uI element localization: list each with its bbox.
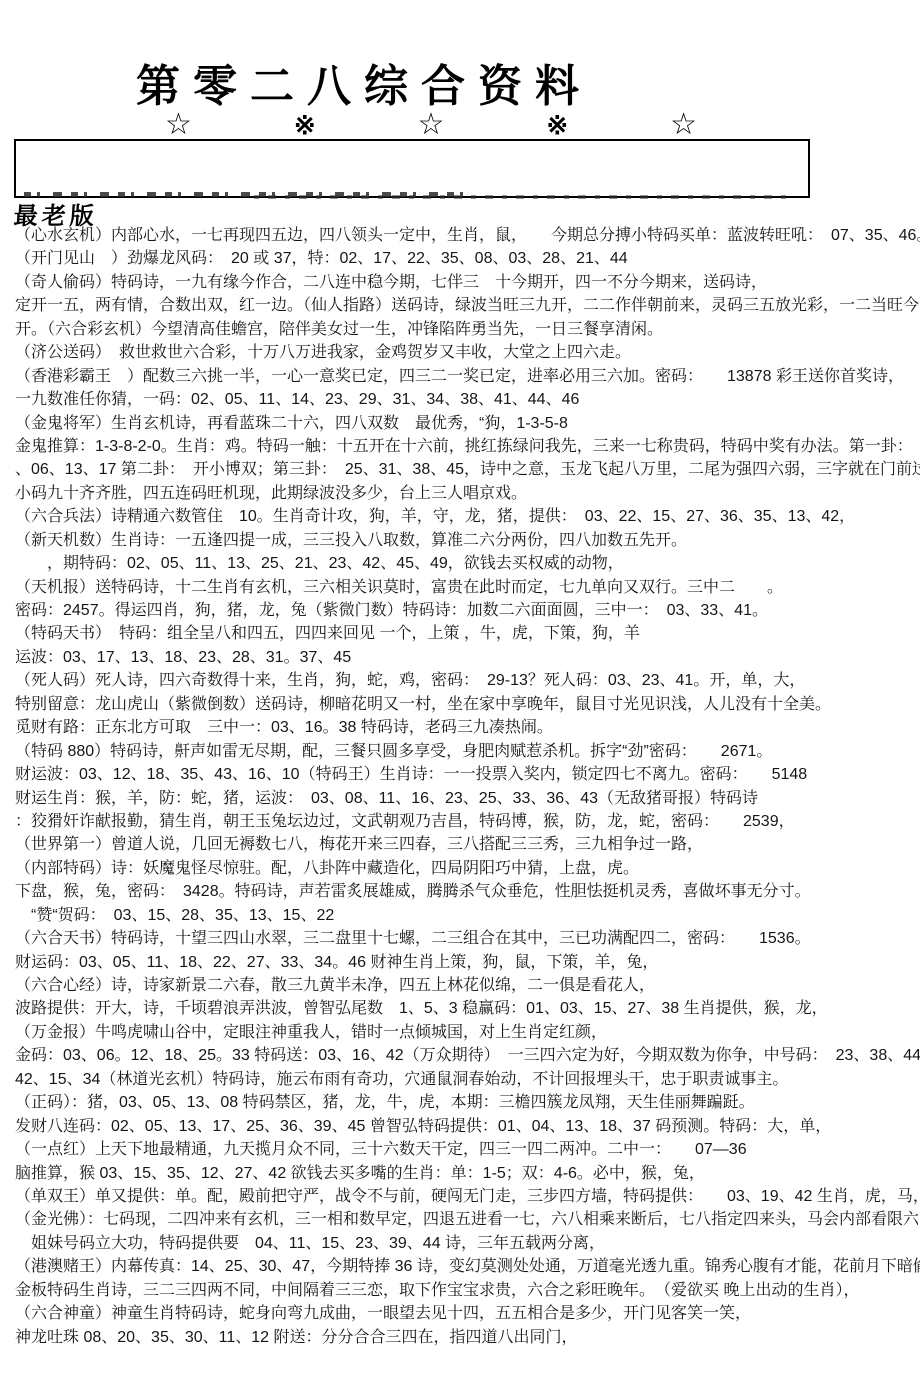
decor-star-icon: ☆ (165, 110, 192, 140)
text-line: 姐妹号码立大功，特码提供要 04、11、15、23、39、44 诗，三年五载两分… (15, 1232, 920, 1255)
text-line: （六合神童）神童生肖特码诗，蛇身向弯九成曲，一眼望去见十四，五五相合是多少，开门… (15, 1302, 920, 1325)
text-line: （金鬼将军）生肖玄机诗，再看蓝珠二十六，四八双数 最优秀，“狗，1-3-5-8 (15, 412, 920, 435)
text-line: 下盘，猴，兔，密码： 3428。特码诗，声若雷炙展雄威，腾腾杀气众垂危，性胆怯挺… (15, 880, 920, 903)
page-title: 第零二八综合资料 (136, 50, 592, 114)
text-line: （一点红）上天下地最精通，九天揽月众不同，三十六数天干定，四三一四二两冲。二中一… (15, 1138, 920, 1161)
text-line: （正码）：猪，03、05、13、08 特码禁区，猪，龙，牛，虎，本期：三檐四簇龙… (15, 1091, 920, 1114)
text-line: （死人码）死人诗，四六奇数得十来，生肖，狗，蛇，鸡，密码： 29-13？死人码：… (15, 669, 920, 692)
text-line: （特码天书） 特码：组全呈八和四五，四四来回见 一个，上策 ，牛，虎，下策，狗，… (15, 622, 920, 645)
text-line: （六合心经）诗，诗家新景二六春，散三九黄半未净，四五上林花似绵，二一俱是看花人， (15, 974, 920, 997)
text-line: 一九数准任你猜，一码：02、05、11、14、23、29、31、34、38、41… (15, 388, 920, 411)
text-line: 财运生肖：猴，羊，防：蛇，猪，运波： 03、08、11、16、23、25、33、… (15, 787, 920, 810)
text-line: 密码：2457。得运四肖，狗，猪，龙，兔（紫微门数）特码诗：加数二六面面圆，三中… (15, 599, 920, 622)
text-line: （万金报）牛鸣虎啸山谷中，定眼注神重我人，错时一点倾城国，对上生肖定红颜， (15, 1021, 920, 1044)
text-line: （天机报）送特码诗，十二生肖有玄机，三六相关识莫时，富贵在此时而定，七九单向又双… (15, 576, 920, 599)
text-line: （济公送码） 救世救世六合彩，十万八万进我家，金鸡贺岁又丰收，大堂之上四六走。 (15, 341, 920, 364)
text-line: 财运波：03、12、18、35、43、16、10（特码王）生肖诗：一一投票入奖内… (15, 763, 920, 786)
smudged-text-artifact-faint (254, 195, 793, 199)
text-line: （心水玄机）内部心水，一七再现四五边，四八领头一定中，生肖，鼠， 今期总分搏小特… (15, 224, 920, 247)
text-line: 脑推算，猴 03、15、35、12、27、42 欲钱去买多嘴的生肖：单：1-5；… (15, 1162, 920, 1185)
text-line: “赞“贺码： 03、15、28、35、13、15、22 (15, 904, 920, 927)
text-line: （港澳赌王）内幕传真：14、25、30、47，今期特捧 36 诗，变幻莫测处处通… (15, 1255, 920, 1278)
text-line: 财运码：03、05、11、18、22、27、33、34。46 财神生肖上策，狗，… (15, 951, 920, 974)
text-line: 发财八连码：02、05、13、17、25、36、39、45 曾智弘特码提供：01… (15, 1115, 920, 1138)
text-line: 觅财有路：正东北方可取 三中一：03、16。38 特码诗，老码三九凑热闹。 (15, 716, 920, 739)
text-line: 金板特码生肖诗，三二三四两不同，中间隔着三三恋，取下作宝宝求贵，六合之彩旺晚年。… (15, 1279, 920, 1302)
text-line: 神龙吐珠 08、20、35、30、11、12 附送：分分合合三四在，指四道八出同… (15, 1326, 920, 1349)
text-line: （单双王）单又提供：单。配，殿前把守严，战令不与前，硬闯无门走，三步四方墙，特码… (15, 1185, 920, 1208)
text-line: 金鬼推算：1-3-8-2-0。生肖：鸡。特码一触：十五开在十六前，挑红拣绿问我先… (15, 435, 920, 458)
text-line: （特码 880）特码诗，鼾声如雷无尽期，配，三餐只圆多享受，身肥肉赋惹杀机。拆字… (15, 740, 920, 763)
decor-star-icon: ☆ (670, 110, 697, 140)
text-line: 运波：03、17、13、18、23、28、31。37、45 (15, 646, 920, 669)
text-line: ：狡猾奸诈献报勤，猜生肖，朝王玉兔坛边过，文武朝观乃吉昌，特码博，猴，防，龙，蛇… (15, 810, 920, 833)
text-line: （六合天书）特码诗，十望三四山水翠，三二盘里十七螺，二三组合在其中，三已功满配四… (15, 927, 920, 950)
body-text-block: （心水玄机）内部心水，一七再现四五边，四八领头一定中，生肖，鼠， 今期总分搏小特… (15, 224, 920, 1349)
text-line: （香港彩霸王 ）配数三六挑一半，一心一意奖已定，四三二一奖已定，进率必用三六加。… (15, 365, 920, 388)
text-line: （奇人偷码）特码诗，一九有缘今作合，二八连中稳今期，七伴三 十今期开，四一不分今… (15, 271, 920, 294)
decor-star-icon: ※ (294, 112, 316, 138)
text-line: （六合兵法）诗精通六数管住 10。生肖奇计攻，狗，羊，守，龙，猪，提供： 03、… (15, 505, 920, 528)
text-line: ，期特码：02、05、11、13、25、21、23、42、45、49，欲钱去买权… (15, 552, 920, 575)
text-line: 特别留意：龙山虎山（紫微倒数）送码诗，柳暗花明又一村，坐在家中享晚年，鼠目寸光见… (15, 693, 920, 716)
text-line: 42、15、34（林道光玄机）特码诗，施云布雨有奇功，穴通鼠洞春始动，不计回报埋… (15, 1068, 920, 1091)
text-line: （内部特码）诗：妖魔鬼怪尽惊驻。配，八卦阵中藏造化，四局阴阳巧中猜，上盘，虎。 (15, 857, 920, 880)
text-line: （金光佛）：七码现，二四冲来有玄机，三一相和数早定，四退五进看一七，六八相乘来断… (15, 1208, 920, 1231)
text-line: 、06、13、17 第二卦： 开小博双；第三卦： 25、31、38、45，诗中之… (15, 458, 920, 481)
text-line: （世界第一）曾道人说，几回无褥数七八，梅花开来三四春，三八搭配三三秀，三九相争过… (15, 833, 920, 856)
text-line: 金码：03、06。12、18、25。33 特码送：03、16、42（万众期待） … (15, 1044, 920, 1067)
decor-symbol-row: ☆※☆※☆ (165, 108, 697, 142)
content-box (14, 139, 810, 198)
text-line: 开。（六合彩玄机）今望清高佳蟾宫，陪伴美女过一生，冲锋陷阵勇当先，一日三餐享清闲… (15, 318, 920, 341)
text-line: （新天机数）生肖诗：一五逢四提一成，三三投入八取数，算准二六分两份，四八加数五先… (15, 529, 920, 552)
decor-star-icon: ☆ (418, 110, 445, 140)
text-line: 波路提供：开大，诗，千顷碧浪弄洪波，曾智弘尾数 1、5、3 稳赢码：01、03、… (15, 997, 920, 1020)
text-line: 小码九十齐齐胜，四五连码旺机现，此期绿波没多少，台上三人唱京戏。 (15, 482, 920, 505)
decor-star-icon: ※ (546, 112, 568, 138)
text-line: （开门见山 ）劲爆龙风码： 20 或 37，特：02、17、22、35、08、0… (15, 247, 920, 270)
text-line: 定开一五，两有情，合数出双，红一边。（仙人指路）送码诗，绿波当旺三九开，二二作伴… (15, 294, 920, 317)
